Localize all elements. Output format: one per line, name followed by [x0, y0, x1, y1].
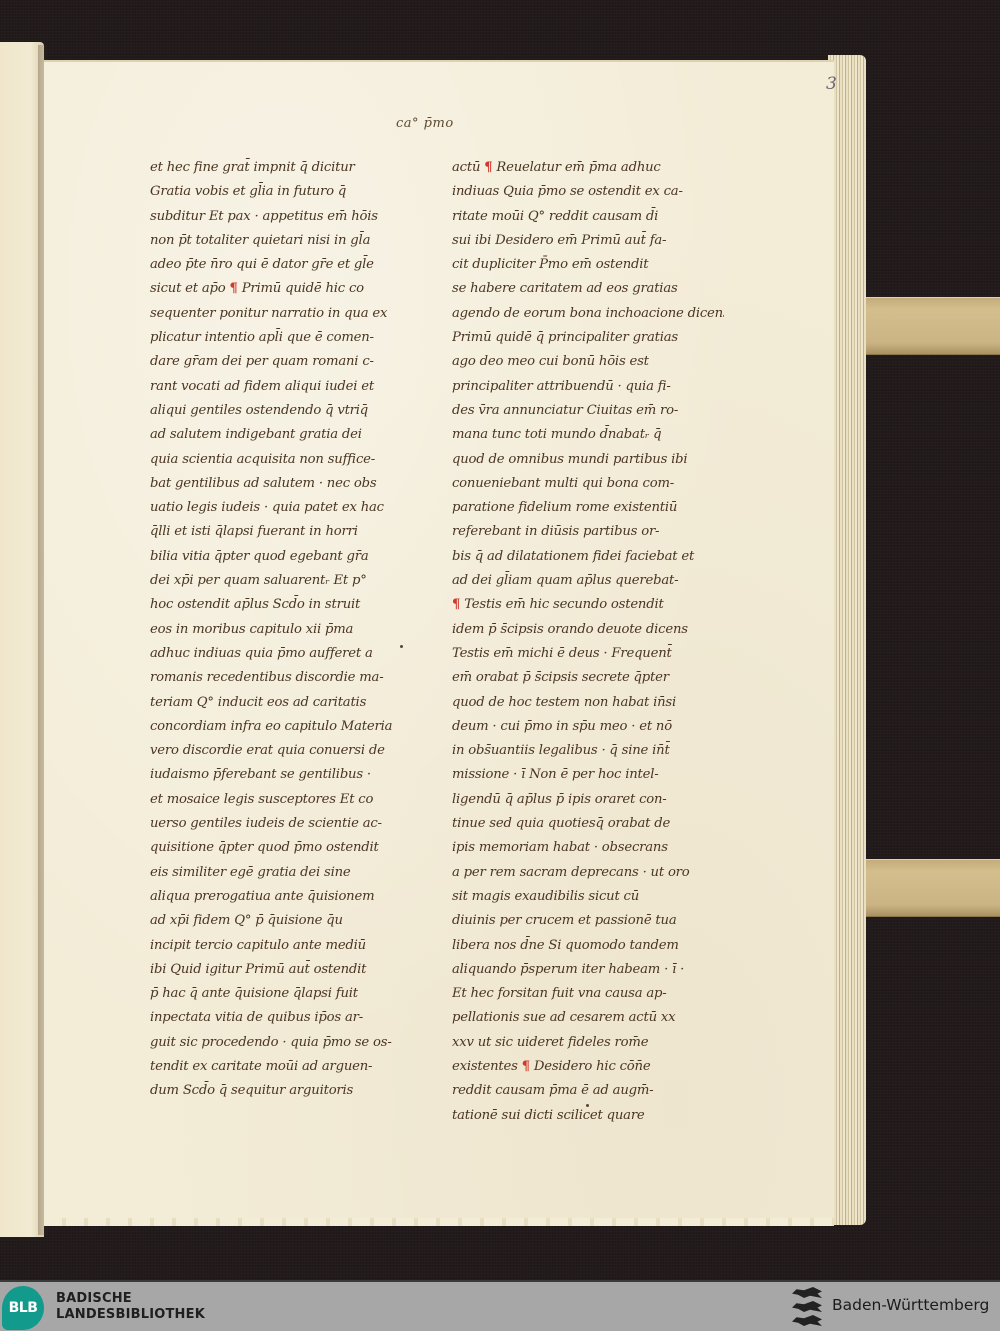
manuscript-line: sui ibi Desidero em̄ Primū aut̄ fa-	[452, 229, 724, 253]
manuscript-line: diuinis per crucem et passionē tua	[452, 909, 724, 933]
blb-logo[interactable]: BLB	[2, 1286, 44, 1330]
manuscript-line: uerso gentiles iudeis de scientie ac-	[150, 812, 412, 836]
manuscript-line: guit sic procedendo · quia p̄mo se os-	[150, 1031, 412, 1055]
manuscript-line: inpectata vitia de quibus ip̄os ar-	[150, 1006, 412, 1030]
manuscript-line: eis similiter egē gratia dei sine	[150, 861, 412, 885]
manuscript-line: agendo de eorum bona inchoacione dicens	[452, 302, 724, 326]
manuscript-line: teriam Q° inducit eos ad caritatis	[150, 691, 412, 715]
running-head: ca° p̄mo	[396, 116, 454, 131]
manuscript-line: vero discordie erat quia conuersi de	[150, 739, 412, 763]
folio-number: 3	[826, 74, 837, 94]
manuscript-line: ritate moūi Q° reddit causam d̄i	[452, 205, 724, 229]
manuscript-line: ¶ Testis em̄ hic secundo ostendit	[452, 593, 724, 617]
manuscript-line: sicut et ap̄o ¶ Primū quidē hic co	[150, 277, 412, 301]
manuscript-line: deum · cui p̄mo in sp̄u meo · et nō	[452, 715, 724, 739]
image-viewer[interactable]: 3 ca° p̄mo et hec fine grat̄ impnit q̄ d…	[0, 0, 1000, 1280]
manuscript-line: sequenter ponitur narratio in qua ex	[150, 302, 412, 326]
clasp-strap-lower	[866, 859, 1000, 917]
manuscript-line: romanis recedentibus discordie ma-	[150, 666, 412, 690]
manuscript-line: em̄ orabat p̄ s̄cipsis secrete q̄pter	[452, 666, 724, 690]
blb-logo-text: BLB	[9, 1300, 38, 1316]
manuscript-line: conueniebant multi qui bona com-	[452, 472, 724, 496]
manuscript-line: dum Scd̄o q̄ sequitur arguitoris	[150, 1079, 412, 1103]
manuscript-line: in obs̄uantiis legalibus · q̄ sine in̄t̄	[452, 739, 724, 763]
manuscript-line: rant vocati ad fidem aliqui iudei et	[150, 375, 412, 399]
manuscript-line: iudaismo p̄ferebant se gentilibus ·	[150, 763, 412, 787]
manuscript-line: dare gr̄am dei per quam romani c-	[150, 350, 412, 374]
manuscript-line: tendit ex caritate moūi ad arguen-	[150, 1055, 412, 1079]
manuscript-line: reddit causam p̄ma ē ad augm̄-	[452, 1079, 724, 1103]
ink-dot	[586, 1104, 589, 1107]
manuscript-line: mana tunc toti mundo d̄nabatᵣ q̄	[452, 423, 724, 447]
manuscript-line: hoc ostendit ap̄lus Scd̄o in struit	[150, 593, 412, 617]
manuscript-line: ibi Quid igitur Primū aut̄ ostendit	[150, 958, 412, 982]
manuscript-line: referebant in diūsis partibus or-	[452, 520, 724, 544]
manuscript-line: ago deo meo cui bonū hōis est	[452, 350, 724, 374]
manuscript-line: Et hec forsitan fuit vna causa ap-	[452, 982, 724, 1006]
manuscript-line: sit magis exaudibilis sicut cū	[452, 885, 724, 909]
manuscript-line: Testis em̄ michi ē deus · Frequent̄	[452, 642, 724, 666]
manuscript-line: q̄lli et isti q̄lapsi fuerant in horri	[150, 520, 412, 544]
manuscript-line: idem p̄ s̄cipsis orando deuote dicens	[452, 618, 724, 642]
baden-wuerttemberg-lions-icon	[792, 1287, 822, 1329]
clasp-strap-upper	[866, 297, 1000, 355]
manuscript-line: Gratia vobis et gl̄ia in futuro q̄	[150, 180, 412, 204]
institution-name-line2: LANDESBIBLIOTHEK	[56, 1307, 205, 1323]
manuscript-line: missione · ī Non ē per hoc intel-	[452, 763, 724, 787]
manuscript-line: tationē sui dicti scilicet quare	[452, 1104, 724, 1128]
text-column-left: et hec fine grat̄ impnit q̄ diciturGrati…	[150, 156, 412, 1104]
manuscript-line: quisitione q̄pter quod p̄mo ostendit	[150, 836, 412, 860]
manuscript-line: quod de omnibus mundi partibus ibi	[452, 448, 724, 472]
manuscript-line: et mosaice legis susceptores Et co	[150, 788, 412, 812]
manuscript-line: et hec fine grat̄ impnit q̄ dicitur	[150, 156, 412, 180]
institution-name-line1: BADISCHE	[56, 1291, 205, 1307]
manuscript-line: ad dei gl̄iam quam ap̄lus querebat-	[452, 569, 724, 593]
manuscript-line: non p̄t totaliter quietari nisi in gl̄a	[150, 229, 412, 253]
manuscript-line: aliqua prerogatiua ante q̄uisionem	[150, 885, 412, 909]
footer-bar: BLB BADISCHE LANDESBIBLIOTHEK Baden-Würt…	[0, 1280, 1000, 1331]
manuscript-line: ligendū q̄ ap̄lus p̄ ipis oraret con-	[452, 788, 724, 812]
manuscript-line: dei xp̄i per quam saluarentᵣ Et p°	[150, 569, 412, 593]
manuscript-line: quia scientia acquisita non suffice-	[150, 448, 412, 472]
manuscript-line: p̄ hac q̄ ante q̄uisione q̄lapsi fuit	[150, 982, 412, 1006]
institution-name[interactable]: BADISCHE LANDESBIBLIOTHEK	[56, 1291, 205, 1323]
manuscript-line: existentes ¶ Desidero hic cōn̄e	[452, 1055, 724, 1079]
manuscript-line: tinue sed quia quotiesq̄ orabat de	[452, 812, 724, 836]
manuscript-line: bilia vitia q̄pter quod egebant gr̄a	[150, 545, 412, 569]
manuscript-line: aliquando p̄sperum iter habeam · ī ·	[452, 958, 724, 982]
manuscript-line: ad salutem indigebant gratia dei	[150, 423, 412, 447]
manuscript-line: eos in moribus capitulo xii p̄ma	[150, 618, 412, 642]
manuscript-line: adhuc indiuas quia p̄mo aufferet a	[150, 642, 412, 666]
manuscript-line: adeo p̄te n̄ro qui ē dator gr̄e et gl̄e	[150, 253, 412, 277]
manuscript-line: quod de hoc testem non habat in̄si	[452, 691, 724, 715]
partner-name[interactable]: Baden-Württemberg	[832, 1296, 989, 1314]
manuscript-line: plicatur intentio apl̄i que ē comen-	[150, 326, 412, 350]
manuscript-line: bis q̄ ad dilatationem fidei faciebat et	[452, 545, 724, 569]
manuscript-line: subditur Et pax · appetitus em̄ hōis	[150, 205, 412, 229]
manuscript-line: ipis memoriam habat · obsecrans	[452, 836, 724, 860]
manuscript-line: pellationis sue ad cesarem actū xx	[452, 1006, 724, 1030]
manuscript-line: Primū quidē q̄ principaliter gratias	[452, 326, 724, 350]
manuscript-line: incipit tercio capitulo ante mediū	[150, 934, 412, 958]
manuscript-line: aliqui gentiles ostendendo q̄ vtriq̄	[150, 399, 412, 423]
manuscript-line: a per rem sacram deprecans · ut oro	[452, 861, 724, 885]
manuscript-line: bat gentilibus ad salutem · nec obs	[150, 472, 412, 496]
manuscript-line: xxv ut sic uideret fideles rom̄e	[452, 1031, 724, 1055]
manuscript-line: des v̄ra annunciatur Ciuitas em̄ ro-	[452, 399, 724, 423]
manuscript-line: libera nos d̄ne Si quomodo tandem	[452, 934, 724, 958]
manuscript-line: concordiam infra eo capitulo Materia	[150, 715, 412, 739]
manuscript-line: indiuas Quia p̄mo se ostendit ex ca-	[452, 180, 724, 204]
manuscript-line: ad xp̄i fidem Q° p̄ q̄uisione q̄u	[150, 909, 412, 933]
manuscript-line: se habere caritatem ad eos gratias	[452, 277, 724, 301]
manuscript-line: uatio legis iudeis · quia patet ex hac	[150, 496, 412, 520]
text-column-right: actū ¶ Reuelatur em̄ p̄ma adhucindiuas …	[452, 156, 724, 1128]
manuscript-line: paratione fidelium rome existentiū	[452, 496, 724, 520]
ink-dot	[400, 645, 403, 648]
manuscript-line: cit dupliciter P̄mo em̄ ostendit	[452, 253, 724, 277]
manuscript-line: principaliter attribuendū · quia fi-	[452, 375, 724, 399]
manuscript-line: actū ¶ Reuelatur em̄ p̄ma adhuc	[452, 156, 724, 180]
